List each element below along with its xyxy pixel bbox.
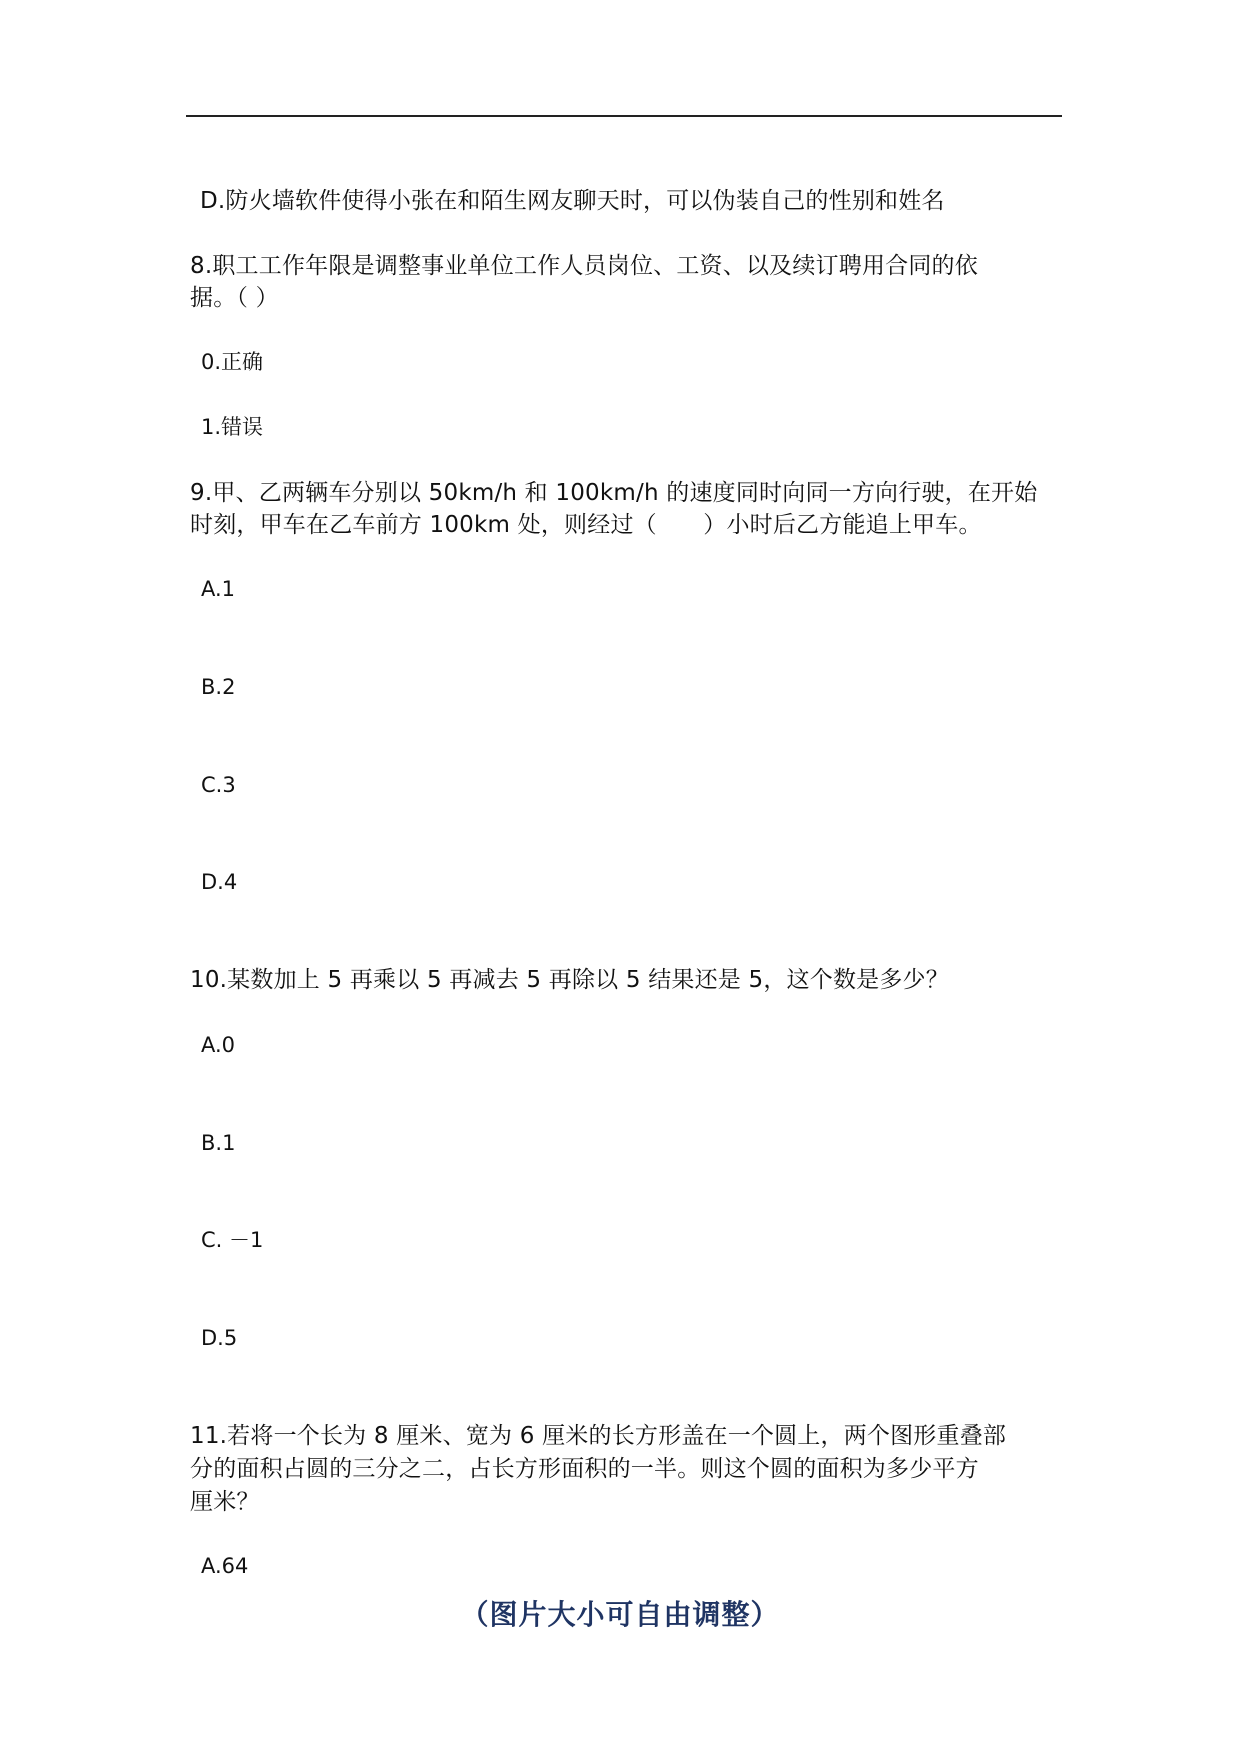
question-8-text-line-2: 据。（ ） bbox=[190, 282, 279, 314]
question-10-text-line-1: 10.某数加上 5 再乘以 5 再减去 5 再除以 5 结果还是 5，这个数是多… bbox=[190, 964, 949, 996]
prev-question-option-d: D.防火墙软件使得小张在和陌生网友聊天时，可以伪装自己的性别和姓名 bbox=[200, 185, 945, 217]
question-9-option-a[interactable]: A.1 bbox=[201, 574, 235, 604]
question-11-option-a[interactable]: A.64 bbox=[201, 1551, 248, 1581]
question-11-text-line-3: 厘米？ bbox=[190, 1486, 260, 1518]
question-9-text-line-1: 9.甲、乙两辆车分别以 50km/h 和 100km/h 的速度同时向同一方向行… bbox=[190, 477, 1037, 509]
question-9-option-c[interactable]: C.3 bbox=[201, 770, 236, 800]
question-11-text-line-2: 分的面积占圆的三分之二，占长方形面积的一半。则这个圆的面积为多少平方 bbox=[190, 1453, 979, 1485]
question-10-option-d[interactable]: D.5 bbox=[201, 1323, 237, 1353]
question-9-text-line-2: 时刻，甲车在乙车前方 100km 处，则经过（ ）小时后乙方能追上甲车。 bbox=[190, 509, 982, 541]
question-10-option-a[interactable]: A.0 bbox=[201, 1030, 235, 1060]
question-10-option-c[interactable]: C. －1 bbox=[201, 1225, 263, 1255]
question-8-option-false[interactable]: 1.错误 bbox=[201, 412, 263, 442]
question-8-text-line-1: 8.职工工作年限是调整事业单位工作人员岗位、工资、以及续订聘用合同的依 bbox=[190, 250, 978, 282]
question-11-text-line-1: 11.若将一个长为 8 厘米、宽为 6 厘米的长方形盖在一个圆上，两个图形重叠部 bbox=[190, 1420, 1006, 1452]
question-10-option-b[interactable]: B.1 bbox=[201, 1128, 235, 1158]
question-9-option-d[interactable]: D.4 bbox=[201, 867, 237, 897]
question-8-option-true[interactable]: 0.正确 bbox=[201, 347, 263, 377]
image-resize-caption: （图片大小可自由调整） bbox=[0, 1593, 1240, 1633]
header-divider bbox=[186, 115, 1062, 117]
question-9-option-b[interactable]: B.2 bbox=[201, 672, 235, 702]
